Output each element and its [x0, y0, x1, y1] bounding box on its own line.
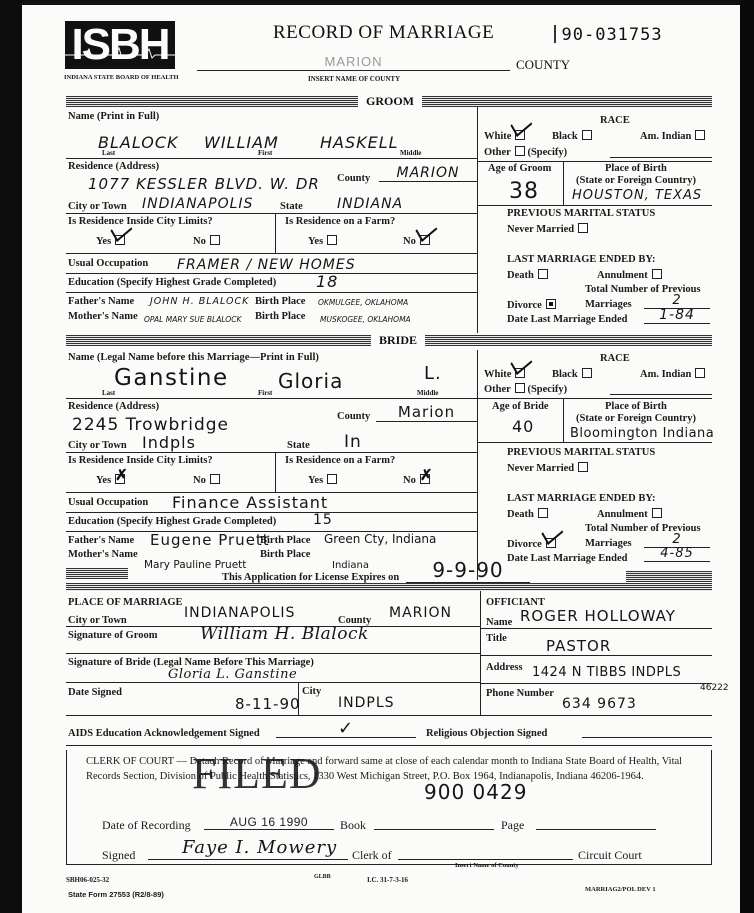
divider: [66, 398, 477, 399]
age-label: Age of Bride: [492, 401, 549, 412]
bride-race-black[interactable]: Black: [552, 368, 592, 380]
county-caption: INSERT NAME OF COUNTY: [308, 75, 400, 83]
bride-annulment[interactable]: Annulment: [597, 508, 662, 520]
groom-inside-city-yes[interactable]: Yes: [96, 235, 125, 247]
checkbox-checked[interactable]: [420, 235, 430, 245]
bride-occupation[interactable]: Finance Assistant: [172, 493, 328, 512]
date-last-label: Date Last Marriage Ended: [507, 553, 627, 564]
divider: [480, 683, 712, 684]
bride-race-other[interactable]: Other (Specify): [484, 383, 567, 395]
divider: [66, 213, 477, 214]
father-label: Father's Name: [68, 535, 134, 546]
religious-objection-label: Religious Objection Signed: [426, 728, 547, 739]
divider: [275, 213, 276, 253]
birth-place-label: Birth Place: [255, 311, 305, 322]
divider: [477, 442, 712, 443]
farm-label: Is Residence on a Farm?: [285, 216, 395, 227]
groom-state[interactable]: INDIANA: [337, 196, 403, 212]
groom-column-divider: [477, 107, 478, 333]
page-label: Page: [501, 818, 524, 833]
race-title: RACE: [600, 115, 630, 126]
groom-divorce[interactable]: Divorce: [507, 299, 556, 311]
divider: [480, 655, 712, 656]
checkbox[interactable]: [327, 235, 337, 245]
groom-annulment[interactable]: Annulment: [597, 269, 662, 281]
birthplace-label: Place of Birth: [605, 163, 667, 174]
clerk-signature: Faye I. Mowery: [182, 837, 337, 858]
form-revision-code: MARRIAG2/POL DEV 1: [585, 886, 656, 893]
signed-label: Signed: [102, 848, 135, 863]
birthplace-sublabel: (State or Foreign Country): [576, 175, 696, 186]
bride-never-married[interactable]: Never Married: [507, 462, 588, 474]
last-ended-title: LAST MARRIAGE ENDED BY:: [507, 493, 656, 504]
filed-stamp: FILED: [192, 748, 322, 799]
bride-farm-yes[interactable]: Yes: [308, 474, 337, 486]
groom-farm-no[interactable]: No: [403, 235, 430, 247]
checkbox[interactable]: [327, 474, 337, 484]
officiant-title-value[interactable]: PASTOR: [546, 637, 611, 655]
marriages-label: Marriages: [585, 299, 632, 310]
checkbox[interactable]: [582, 130, 592, 140]
checkbox[interactable]: [210, 235, 220, 245]
divider: [66, 653, 480, 654]
bride-middle-name[interactable]: L.: [424, 363, 442, 384]
checkbox[interactable]: [695, 368, 705, 378]
marriage-city[interactable]: INDIANAPOLIS: [184, 605, 295, 621]
book-label: Book: [340, 818, 366, 833]
checkbox-checked[interactable]: [546, 299, 556, 309]
birthplace-label: Place of Birth: [605, 401, 667, 412]
checkbox[interactable]: [578, 223, 588, 233]
residence-label: Residence (Address): [68, 401, 159, 412]
groom-education[interactable]: 18: [316, 272, 338, 291]
checkbox[interactable]: [538, 508, 548, 518]
groom-farm-yes[interactable]: Yes: [308, 235, 337, 247]
groom-father-birthplace[interactable]: OKMULGEE, OKLAHOMA: [318, 298, 408, 307]
first-caption: First: [258, 389, 272, 397]
last-caption: Last: [102, 149, 115, 157]
race-title: RACE: [600, 353, 630, 364]
county-field: MARION: [197, 53, 510, 71]
bride-column-divider: [477, 350, 478, 580]
checkbox[interactable]: [515, 383, 525, 393]
specify-line: [610, 157, 712, 158]
divider: [66, 512, 477, 513]
officiant-address[interactable]: 1424 N TIBBS INDPLS: [532, 665, 681, 680]
page-title: RECORD OF MARRIAGE: [273, 22, 494, 44]
bride-farm-no[interactable]: No: [403, 474, 430, 486]
groom-race-other[interactable]: Other (Specify): [484, 146, 567, 158]
checkbox-checked[interactable]: [515, 368, 525, 378]
inside-city-label: Is Residence Inside City Limits?: [68, 455, 213, 466]
divider: [275, 452, 276, 492]
groom-residence[interactable]: 1077 KESSLER BLVD. W. DR: [88, 175, 320, 193]
checkmark-icon: ✓: [338, 718, 354, 739]
birth-place-label: Birth Place: [255, 296, 305, 307]
aids-acknowledgement-label: AIDS Education Acknowledgement Signed: [68, 728, 260, 739]
bride-residence[interactable]: 2245 Trowbridge: [72, 415, 229, 435]
groom-race-black[interactable]: Black: [552, 130, 592, 142]
bride-age[interactable]: 40: [512, 417, 534, 436]
specify-line: [610, 394, 712, 395]
groom-section-title: GROOM: [358, 95, 422, 108]
marriages-label: Marriages: [585, 538, 632, 549]
groom-death[interactable]: Death: [507, 269, 548, 281]
bride-county[interactable]: Marion: [376, 403, 477, 422]
age-label: Age of Groom: [488, 163, 551, 174]
officiant-address-label: Address: [486, 662, 523, 673]
place-of-marriage-title: PLACE OF MARRIAGE: [68, 597, 183, 608]
page-field[interactable]: [536, 815, 656, 830]
groom-age[interactable]: 38: [509, 179, 539, 204]
date-last-label: Date Last Marriage Ended: [507, 314, 627, 325]
bride-date-last-ended[interactable]: 4-85: [644, 546, 710, 562]
date-signed-label: Date Signed: [68, 687, 122, 698]
license-expires-label: This Application for License Expires on: [222, 572, 399, 583]
state-label: State: [287, 440, 310, 451]
inside-city-label: Is Residence Inside City Limits?: [68, 216, 213, 227]
bride-inside-city-no[interactable]: No: [193, 474, 220, 486]
county-label: County: [337, 411, 370, 422]
bride-last-name[interactable]: Ganstine: [114, 365, 229, 391]
officiant-title-label: Title: [486, 633, 507, 644]
groom-date-last-ended[interactable]: 1-84: [644, 307, 710, 324]
checkbox[interactable]: [652, 269, 662, 279]
occupation-label: Usual Occupation: [68, 497, 148, 508]
checkbox[interactable]: [210, 474, 220, 484]
marriage-county[interactable]: MARION: [389, 605, 452, 621]
file-number: 900 0429: [424, 780, 527, 804]
groom-mother-birthplace[interactable]: MUSKOGEE, OKLAHOMA: [320, 315, 411, 324]
father-label: Father's Name: [68, 296, 134, 307]
bride-state[interactable]: In: [344, 432, 362, 452]
circuit-court-label: Circuit Court: [578, 848, 642, 863]
divider: [66, 452, 477, 453]
clerk-instructions: CLERK OF COURT — Detach Record of Marria…: [86, 754, 686, 784]
city-label: City or Town: [68, 440, 127, 451]
birth-place-label: Birth Place: [260, 549, 310, 560]
book-field[interactable]: [374, 815, 494, 830]
divider: [66, 682, 480, 683]
middle-caption: Middle: [400, 149, 421, 157]
birthplace-sublabel: (State or Foreign Country): [576, 413, 696, 424]
bride-section-title: BRIDE: [371, 334, 425, 347]
residence-label: Residence (Address): [68, 161, 159, 172]
middle-caption: Middle: [417, 389, 438, 397]
decorative-bar: [626, 571, 712, 582]
birth-place-label: Birth Place: [260, 535, 310, 546]
groom-race-amindian[interactable]: Am. Indian: [640, 130, 705, 142]
mother-label: Mother's Name: [68, 549, 138, 560]
checkbox[interactable]: [582, 368, 592, 378]
officiant-name-label: Name: [486, 617, 512, 628]
farm-label: Is Residence on a Farm?: [285, 455, 395, 466]
checkbox[interactable]: [695, 130, 705, 140]
city-label: City: [302, 686, 321, 697]
divider: [66, 292, 477, 293]
education-label: Education (Specify Highest Grade Complet…: [68, 516, 276, 527]
isbh-logo: ISBH: [65, 21, 175, 69]
signing-city[interactable]: INDPLS: [338, 695, 395, 711]
groom-never-married[interactable]: Never Married: [507, 223, 588, 235]
education-label: Education (Specify Highest Grade Complet…: [68, 277, 276, 288]
groom-middle-name[interactable]: HASKELL: [320, 133, 399, 152]
bride-race-white[interactable]: White: [484, 368, 525, 380]
city-label: City or Town: [68, 201, 127, 212]
checkbox-checked[interactable]: [515, 130, 525, 140]
ic-code: I.C. 31-7-3-16: [367, 876, 408, 884]
groom-inside-city-no[interactable]: No: [193, 235, 220, 247]
checkbox-checked[interactable]: [115, 235, 125, 245]
scan-border-right: [740, 0, 754, 913]
divider: [66, 158, 477, 159]
checkbox-checked[interactable]: [420, 474, 430, 484]
mother-label: Mother's Name: [68, 311, 138, 322]
bride-mother[interactable]: Mary Pauline Pruett: [144, 559, 246, 571]
checkbox[interactable]: [578, 462, 588, 472]
bride-name-label: Name (Legal Name before this Marriage—Pr…: [68, 352, 319, 363]
aids-acknowledgement-field[interactable]: ✓: [276, 724, 416, 738]
groom-county[interactable]: MARION: [379, 165, 477, 182]
city-label: City or Town: [68, 615, 127, 626]
bride-divorce[interactable]: Divorce: [507, 538, 556, 550]
groom-father[interactable]: JOHN H. BLALOCK: [150, 296, 249, 307]
bride-signature[interactable]: Gloria L. Ganstine: [168, 667, 297, 682]
decorative-bar: [66, 568, 128, 579]
bride-mother-birthplace[interactable]: Indiana: [332, 560, 369, 571]
officiant-column-divider: [480, 591, 481, 715]
officiant-name[interactable]: ROGER HOLLOWAY: [520, 607, 676, 625]
insert-county-caption: Insert Name of County: [455, 862, 519, 869]
clerk-of-label: Clerk of: [352, 848, 392, 863]
divider: [66, 253, 477, 254]
groom-mother[interactable]: OPAL MARY SUE BLALOCK: [144, 315, 241, 324]
groom-birthplace[interactable]: HOUSTON, TEXAS: [572, 188, 702, 203]
bride-first-name[interactable]: Gloria: [278, 369, 343, 393]
groom-occupation[interactable]: FRAMER / NEW HOMES: [177, 257, 356, 273]
record-number: 90-031753: [554, 25, 663, 45]
bride-race-amindian[interactable]: Am. Indian: [640, 368, 705, 380]
groom-name-label: Name (Print in Full): [68, 111, 159, 122]
prev-status-title: PREVIOUS MARITAL STATUS: [507, 447, 655, 458]
section-bar: [66, 583, 712, 591]
last-ended-title: LAST MARRIAGE ENDED BY:: [507, 254, 656, 265]
divider: [477, 398, 712, 399]
marriage-record-form: ISBH INDIANA STATE BOARD OF HEALTH RECOR…: [22, 5, 740, 913]
state-form-code: State Form 27553 (R2/8-89): [68, 890, 164, 899]
bride-education[interactable]: 15: [313, 512, 333, 528]
scan-border-left: [0, 0, 22, 913]
divider: [66, 745, 712, 746]
divider: [480, 628, 712, 629]
clerk-county-field[interactable]: [398, 845, 573, 860]
form-code: SBH06-025-32: [66, 876, 109, 884]
groom-race-white[interactable]: White: [484, 130, 525, 142]
bride-father-birthplace[interactable]: Green Cty, Indiana: [324, 532, 436, 546]
checkbox-checked[interactable]: [546, 538, 556, 548]
date-signed[interactable]: 8-11-90: [235, 695, 301, 713]
heartbeat-icon: [65, 47, 175, 59]
bride-death[interactable]: Death: [507, 508, 548, 520]
county-label: COUNTY: [516, 57, 570, 73]
officiant-zip[interactable]: 46222: [700, 683, 729, 693]
first-caption: First: [258, 149, 272, 157]
date-of-recording-label: Date of Recording: [102, 818, 191, 833]
officiant-phone[interactable]: 634 9673: [562, 696, 637, 712]
divider: [477, 205, 712, 206]
bride-birthplace[interactable]: Bloomington Indiana: [570, 426, 714, 441]
bride-inside-city-yes[interactable]: Yes: [96, 474, 125, 486]
groom-signature-label: Signature of Groom: [68, 630, 157, 641]
divider: [66, 715, 712, 716]
divider: [563, 161, 564, 205]
checkbox[interactable]: [515, 146, 525, 156]
officiant-phone-label: Phone Number: [486, 688, 554, 699]
groom-city[interactable]: INDIANAPOLIS: [142, 196, 253, 212]
bride-father[interactable]: Eugene Pruett: [150, 531, 270, 549]
divider: [563, 398, 564, 442]
groom-signature[interactable]: William H. Blalock: [200, 624, 369, 644]
bride-city[interactable]: Indpls: [142, 433, 196, 452]
checkbox[interactable]: [538, 269, 548, 279]
record-number-bar: [554, 25, 556, 43]
state-label: State: [280, 201, 303, 212]
union-bug: GLBB: [314, 874, 331, 880]
date-of-recording-field[interactable]: AUG 16 1990: [204, 815, 334, 830]
county-label: County: [337, 173, 370, 184]
checkbox[interactable]: [652, 508, 662, 518]
checkbox-checked[interactable]: [115, 474, 125, 484]
logo-caption: INDIANA STATE BOARD OF HEALTH: [64, 74, 179, 81]
occupation-label: Usual Occupation: [68, 258, 148, 269]
divider: [66, 273, 477, 274]
religious-objection-field[interactable]: [582, 724, 712, 738]
prev-status-title: PREVIOUS MARITAL STATUS: [507, 208, 655, 219]
